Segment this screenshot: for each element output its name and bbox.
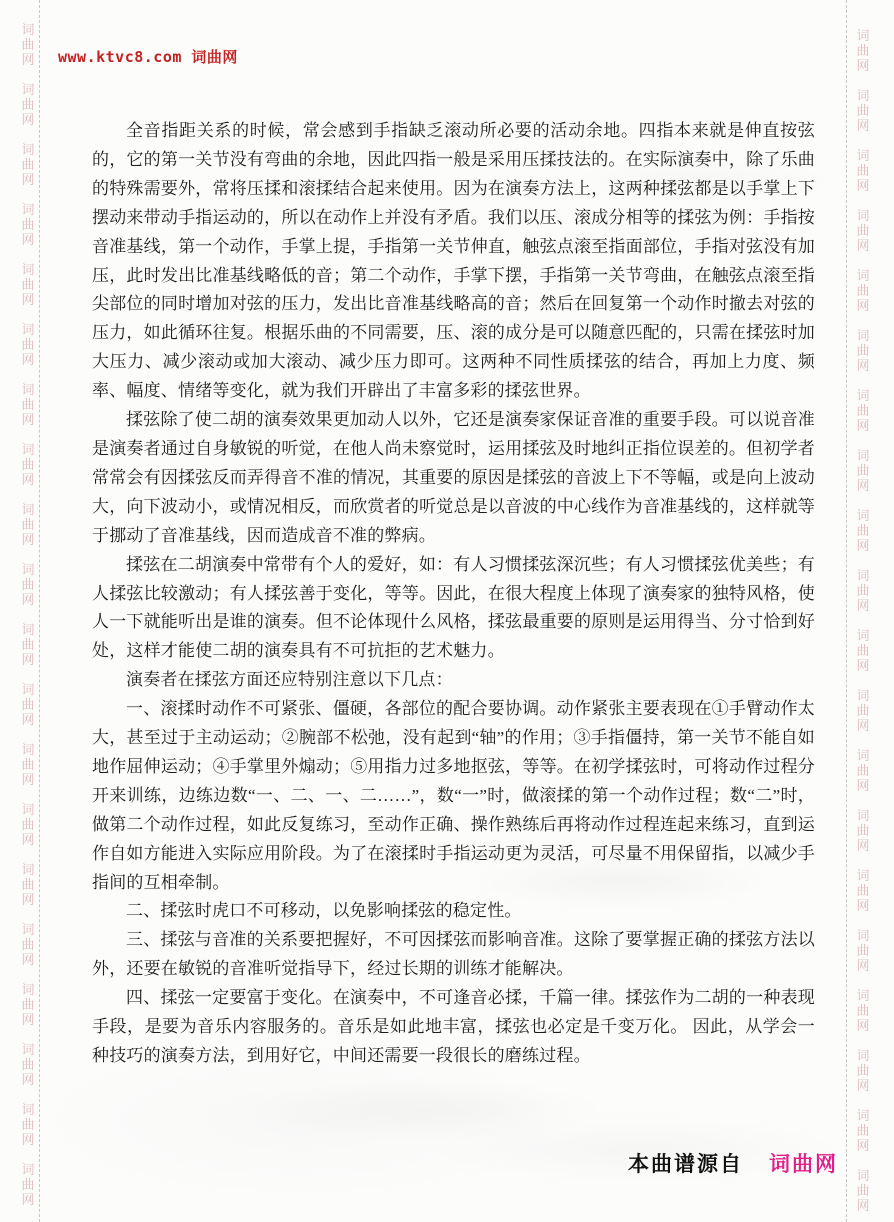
- watermark-char: 网: [17, 172, 39, 187]
- watermark-char: 词: [17, 202, 39, 217]
- watermark-group: 词曲网: [17, 142, 39, 187]
- paragraph-text: 四、揉弦一定要富于变化。在演奏中，不可逢音必揉，千篇一律。揉弦作为二胡的一种表现…: [92, 984, 815, 1071]
- watermark-char: 网: [852, 118, 874, 133]
- watermark-char: 词: [17, 742, 39, 757]
- watermark-group: 词曲网: [852, 868, 874, 913]
- watermark-char: 曲: [852, 1123, 874, 1138]
- watermark-char: 词: [852, 1048, 874, 1063]
- watermark-char: 网: [852, 178, 874, 193]
- watermark-char: 网: [17, 712, 39, 727]
- paragraph-text: 三、揉弦与音准的关系要把握好，不可因揉弦而影响音准。这除了要掌握正确的揉弦方法以…: [92, 926, 815, 984]
- watermark-char: 词: [852, 748, 874, 763]
- watermark-group: 词曲网: [17, 322, 39, 367]
- watermark-char: 曲: [17, 397, 39, 412]
- watermark-char: 网: [17, 232, 39, 247]
- watermark-char: 曲: [852, 43, 874, 58]
- watermark-char: 曲: [17, 277, 39, 292]
- watermark-char: 词: [17, 862, 39, 877]
- watermark-column: 词曲网词曲网词曲网词曲网词曲网词曲网词曲网词曲网词曲网词曲网词曲网词曲网词曲网词…: [852, 0, 874, 1222]
- scanned-page: 词曲网词曲网词曲网词曲网词曲网词曲网词曲网词曲网词曲网词曲网词曲网词曲网词曲网词…: [0, 0, 894, 1222]
- watermark-char: 网: [852, 1138, 874, 1153]
- watermark-char: 曲: [852, 1183, 874, 1198]
- watermark-char: 词: [17, 382, 39, 397]
- watermark-char: 词: [17, 802, 39, 817]
- watermark-char: 网: [17, 652, 39, 667]
- left-dashed-guide: [39, 0, 40, 1222]
- watermark-char: 网: [17, 472, 39, 487]
- watermark-char: 词: [17, 142, 39, 157]
- watermark-char: 曲: [852, 823, 874, 838]
- watermark-char: 网: [17, 892, 39, 907]
- watermark-group: 词曲网: [852, 568, 874, 613]
- watermark-char: 网: [852, 478, 874, 493]
- watermark-char: 曲: [17, 817, 39, 832]
- watermark-group: 词曲网: [852, 448, 874, 493]
- watermark-char: 曲: [17, 997, 39, 1012]
- watermark-group: 词曲网: [17, 262, 39, 307]
- watermark-char: 词: [17, 442, 39, 457]
- watermark-char: 网: [17, 292, 39, 307]
- watermark-char: 网: [17, 1012, 39, 1027]
- watermark-group: 词曲网: [17, 802, 39, 847]
- watermark-char: 曲: [17, 157, 39, 172]
- watermark-char: 网: [17, 352, 39, 367]
- watermark-char: 曲: [17, 1057, 39, 1072]
- watermark-char: 网: [852, 838, 874, 853]
- watermark-char: 曲: [852, 583, 874, 598]
- watermark-char: 曲: [852, 1063, 874, 1078]
- watermark-char: 曲: [17, 217, 39, 232]
- watermark-group: 词曲网: [852, 88, 874, 133]
- watermark-char: 曲: [852, 703, 874, 718]
- watermark-char: 曲: [17, 457, 39, 472]
- watermark-char: 词: [17, 1102, 39, 1117]
- watermark-char: 网: [852, 898, 874, 913]
- watermark-char: 曲: [852, 223, 874, 238]
- watermark-group: 词曲网: [852, 1108, 874, 1153]
- watermark-group: 词曲网: [17, 1042, 39, 1087]
- watermark-char: 网: [852, 598, 874, 613]
- watermark-char: 词: [852, 28, 874, 43]
- watermark-char: 网: [852, 658, 874, 673]
- watermark-char: 曲: [852, 463, 874, 478]
- watermark-char: 词: [852, 988, 874, 1003]
- watermark-char: 词: [852, 868, 874, 883]
- site-name-link[interactable]: 词曲网: [769, 1153, 838, 1176]
- watermark-char: 词: [852, 148, 874, 163]
- watermark-char: 网: [852, 298, 874, 313]
- watermark-char: 曲: [17, 577, 39, 592]
- source-label: 本曲谱源自: [628, 1153, 743, 1176]
- watermark-char: 网: [17, 112, 39, 127]
- watermark-char: 曲: [17, 97, 39, 112]
- watermark-char: 词: [852, 208, 874, 223]
- watermark-char: 网: [852, 1078, 874, 1093]
- watermark-char: 词: [852, 568, 874, 583]
- watermark-char: 词: [17, 982, 39, 997]
- watermark-char: 曲: [17, 637, 39, 652]
- watermark-char: 网: [17, 772, 39, 787]
- watermark-char: 曲: [17, 1177, 39, 1192]
- paragraph-text: 二、揉弦时虎口不可移动，以免影响揉弦的稳定性。: [92, 897, 815, 926]
- watermark-char: 词: [17, 682, 39, 697]
- watermark-group: 词曲网: [17, 982, 39, 1027]
- watermark-char: 曲: [17, 337, 39, 352]
- watermark-char: 网: [852, 238, 874, 253]
- watermark-char: 词: [852, 388, 874, 403]
- watermark-char: 词: [852, 508, 874, 523]
- watermark-char: 网: [17, 412, 39, 427]
- watermark-char: 网: [852, 778, 874, 793]
- watermark-group: 词曲网: [852, 1168, 874, 1213]
- paragraph-text: 一、滚揉时动作不可紧张、僵硬，各部位的配合要协调。动作紧张主要表现在①手臂动作太…: [92, 695, 815, 897]
- watermark-group: 词曲网: [17, 382, 39, 427]
- watermark-group: 词曲网: [852, 988, 874, 1033]
- watermark-char: 曲: [17, 37, 39, 52]
- watermark-column: 词曲网词曲网词曲网词曲网词曲网词曲网词曲网词曲网词曲网词曲网词曲网词曲网词曲网词…: [17, 0, 39, 1222]
- watermark-group: 词曲网: [852, 808, 874, 853]
- watermark-group: 词曲网: [17, 742, 39, 787]
- watermark-char: 词: [852, 448, 874, 463]
- watermark-char: 网: [852, 718, 874, 733]
- watermark-char: 网: [852, 358, 874, 373]
- watermark-char: 曲: [852, 1003, 874, 1018]
- watermark-char: 词: [17, 322, 39, 337]
- watermark-group: 词曲网: [17, 82, 39, 127]
- watermark-char: 曲: [852, 403, 874, 418]
- watermark-char: 词: [17, 922, 39, 937]
- watermark-char: 词: [17, 502, 39, 517]
- watermark-char: 曲: [852, 163, 874, 178]
- watermark-char: 曲: [17, 697, 39, 712]
- watermark-char: 曲: [852, 943, 874, 958]
- watermark-char: 词: [17, 262, 39, 277]
- watermark-group: 词曲网: [852, 748, 874, 793]
- watermark-char: 词: [852, 928, 874, 943]
- watermark-char: 词: [17, 1042, 39, 1057]
- watermark-char: 网: [852, 958, 874, 973]
- watermark-char: 曲: [852, 523, 874, 538]
- watermark-char: 词: [17, 22, 39, 37]
- watermark-char: 曲: [852, 103, 874, 118]
- watermark-char: 曲: [17, 877, 39, 892]
- watermark-char: 词: [852, 628, 874, 643]
- watermark-char: 网: [852, 1198, 874, 1213]
- watermark-group: 词曲网: [852, 688, 874, 733]
- watermark-group: 词曲网: [852, 148, 874, 193]
- watermark-char: 词: [852, 1108, 874, 1123]
- paragraph-text: 全音指距关系的时候，常会感到手指缺乏滚动所必要的活动余地。四指本来就是伸直按弦的…: [92, 117, 815, 406]
- watermark-char: 词: [17, 82, 39, 97]
- watermark-char: 网: [17, 52, 39, 67]
- watermark-group: 词曲网: [17, 22, 39, 67]
- watermark-group: 词曲网: [17, 622, 39, 667]
- watermark-char: 曲: [852, 883, 874, 898]
- watermark-group: 词曲网: [17, 682, 39, 727]
- watermark-group: 词曲网: [17, 202, 39, 247]
- watermark-char: 曲: [17, 517, 39, 532]
- watermark-char: 曲: [17, 757, 39, 772]
- watermark-char: 词: [852, 328, 874, 343]
- watermark-group: 词曲网: [17, 1102, 39, 1147]
- right-dashed-guide: [846, 0, 847, 1222]
- watermark-char: 词: [852, 1168, 874, 1183]
- watermark-char: 曲: [17, 937, 39, 952]
- watermark-group: 词曲网: [17, 1162, 39, 1207]
- watermark-char: 网: [852, 1018, 874, 1033]
- paragraph-text: 揉弦在二胡演奏中常带有个人的爱好，如：有人习惯揉弦深沉些；有人习惯揉弦优美些；有…: [92, 551, 815, 667]
- watermark-char: 曲: [17, 1117, 39, 1132]
- watermark-char: 网: [17, 592, 39, 607]
- watermark-group: 词曲网: [17, 442, 39, 487]
- watermark-group: 词曲网: [852, 508, 874, 553]
- watermark-group: 词曲网: [852, 388, 874, 433]
- watermark-char: 网: [852, 58, 874, 73]
- watermark-char: 网: [17, 532, 39, 547]
- article-body: 全音指距关系的时候，常会感到手指缺乏滚动所必要的活动余地。四指本来就是伸直按弦的…: [92, 117, 815, 1071]
- site-watermark-url: www.ktvc8.com 词曲网: [58, 46, 238, 67]
- paragraph-text: 演奏者在揉弦方面还应特别注意以下几点：: [92, 666, 815, 695]
- watermark-char: 网: [17, 1072, 39, 1087]
- watermark-char: 曲: [852, 343, 874, 358]
- watermark-char: 词: [852, 88, 874, 103]
- watermark-group: 词曲网: [17, 922, 39, 967]
- watermark-char: 网: [852, 538, 874, 553]
- watermark-char: 词: [852, 268, 874, 283]
- watermark-char: 词: [17, 622, 39, 637]
- watermark-group: 词曲网: [17, 502, 39, 547]
- watermark-char: 曲: [852, 763, 874, 778]
- watermark-group: 词曲网: [852, 1048, 874, 1093]
- watermark-char: 词: [17, 1162, 39, 1177]
- watermark-group: 词曲网: [852, 208, 874, 253]
- watermark-char: 词: [17, 562, 39, 577]
- footer-credit: 本曲谱源自词曲网: [628, 1148, 838, 1178]
- watermark-group: 词曲网: [852, 628, 874, 673]
- watermark-group: 词曲网: [17, 862, 39, 907]
- watermark-char: 网: [17, 1192, 39, 1207]
- watermark-char: 曲: [852, 643, 874, 658]
- watermark-char: 网: [17, 1132, 39, 1147]
- paragraph-text: 揉弦除了使二胡的演奏效果更加动人以外，它还是演奏家保证音准的重要手段。可以说音准…: [92, 406, 815, 551]
- watermark-group: 词曲网: [852, 328, 874, 373]
- watermark-group: 词曲网: [852, 268, 874, 313]
- watermark-group: 词曲网: [852, 28, 874, 73]
- watermark-char: 词: [852, 808, 874, 823]
- watermark-group: 词曲网: [17, 562, 39, 607]
- watermark-char: 网: [17, 952, 39, 967]
- watermark-char: 曲: [852, 283, 874, 298]
- watermark-char: 网: [17, 832, 39, 847]
- watermark-group: 词曲网: [852, 928, 874, 973]
- watermark-char: 网: [852, 418, 874, 433]
- watermark-char: 词: [852, 688, 874, 703]
